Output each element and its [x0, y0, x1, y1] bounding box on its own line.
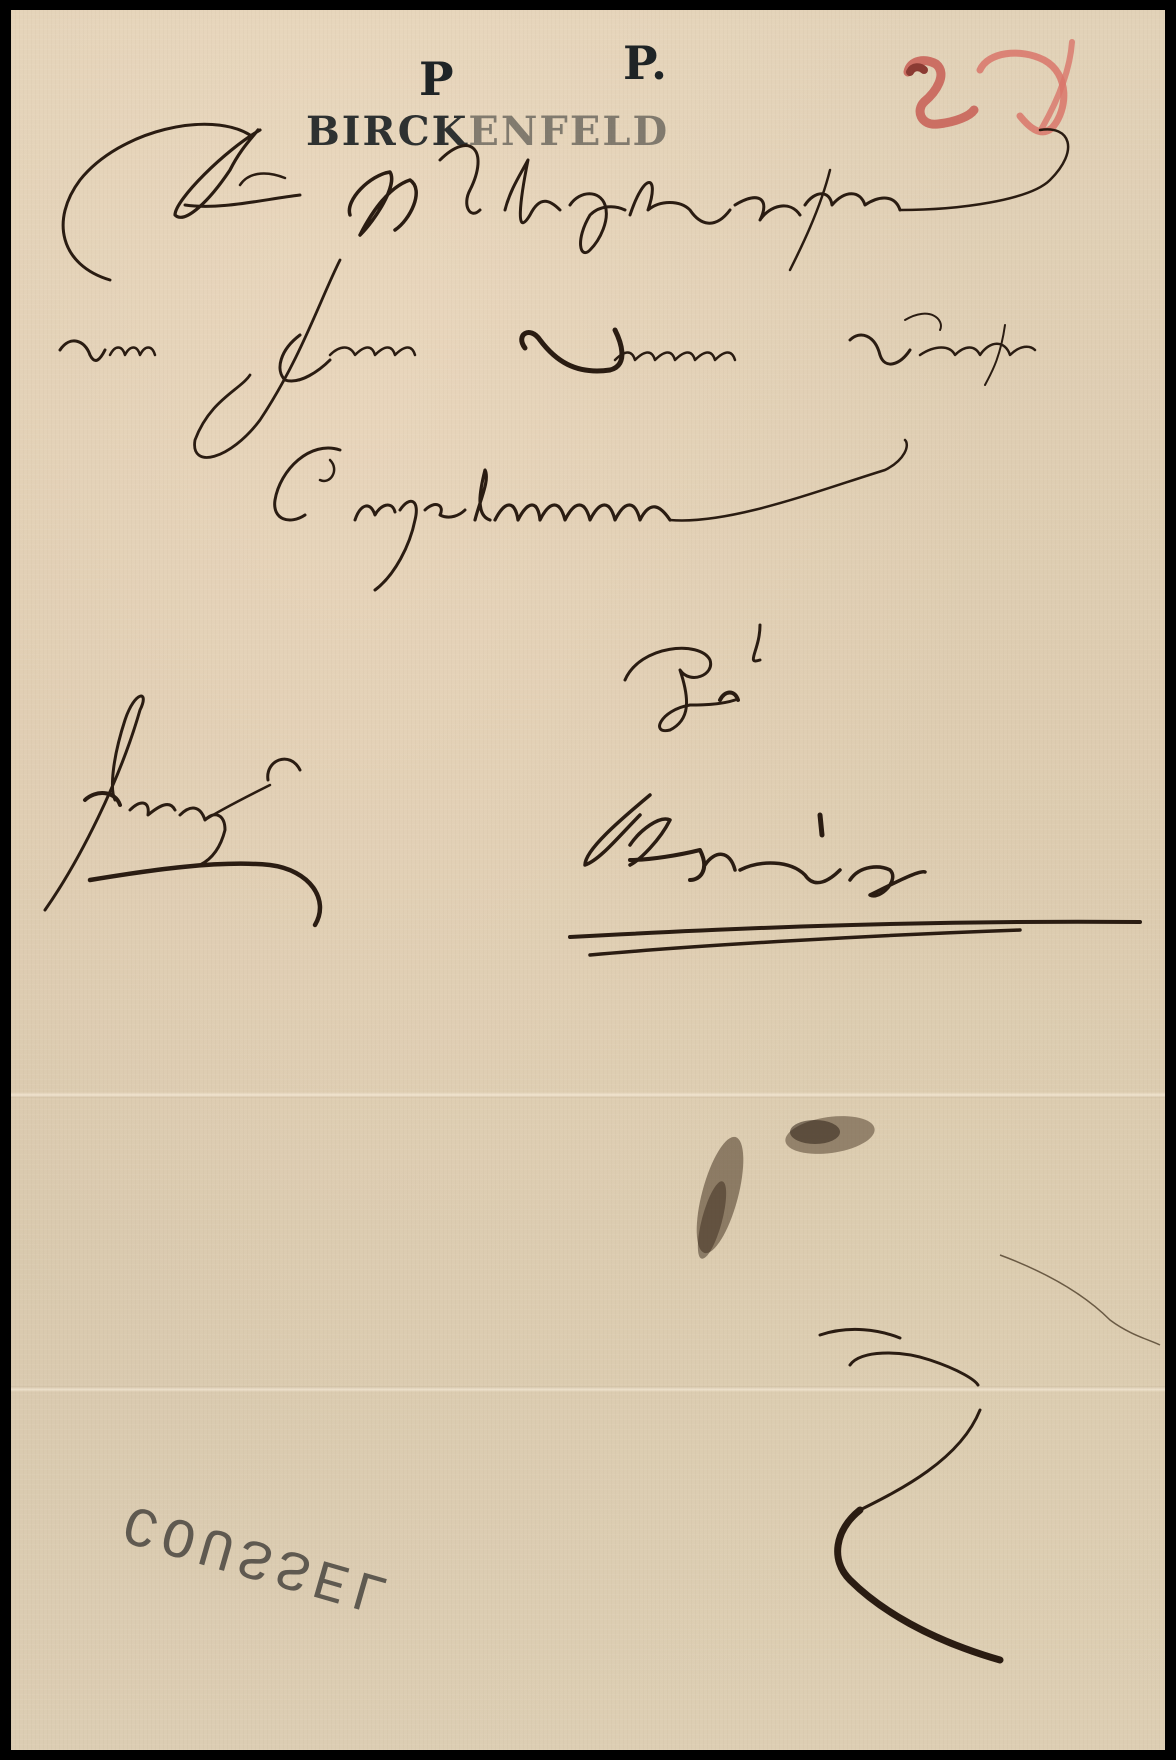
handwriting-name	[275, 440, 907, 590]
handwriting-franco	[45, 696, 320, 925]
handwriting-city	[570, 795, 1140, 955]
handwritten-address	[0, 0, 1176, 1760]
paper-crack	[1000, 1255, 1160, 1345]
handwriting-zu	[625, 625, 760, 731]
ink-smudges	[687, 1111, 877, 1261]
handwriting-line2	[60, 260, 1035, 457]
handwriting-flourish-lower	[820, 1329, 1000, 1660]
handwriting-salutation	[63, 124, 1068, 280]
